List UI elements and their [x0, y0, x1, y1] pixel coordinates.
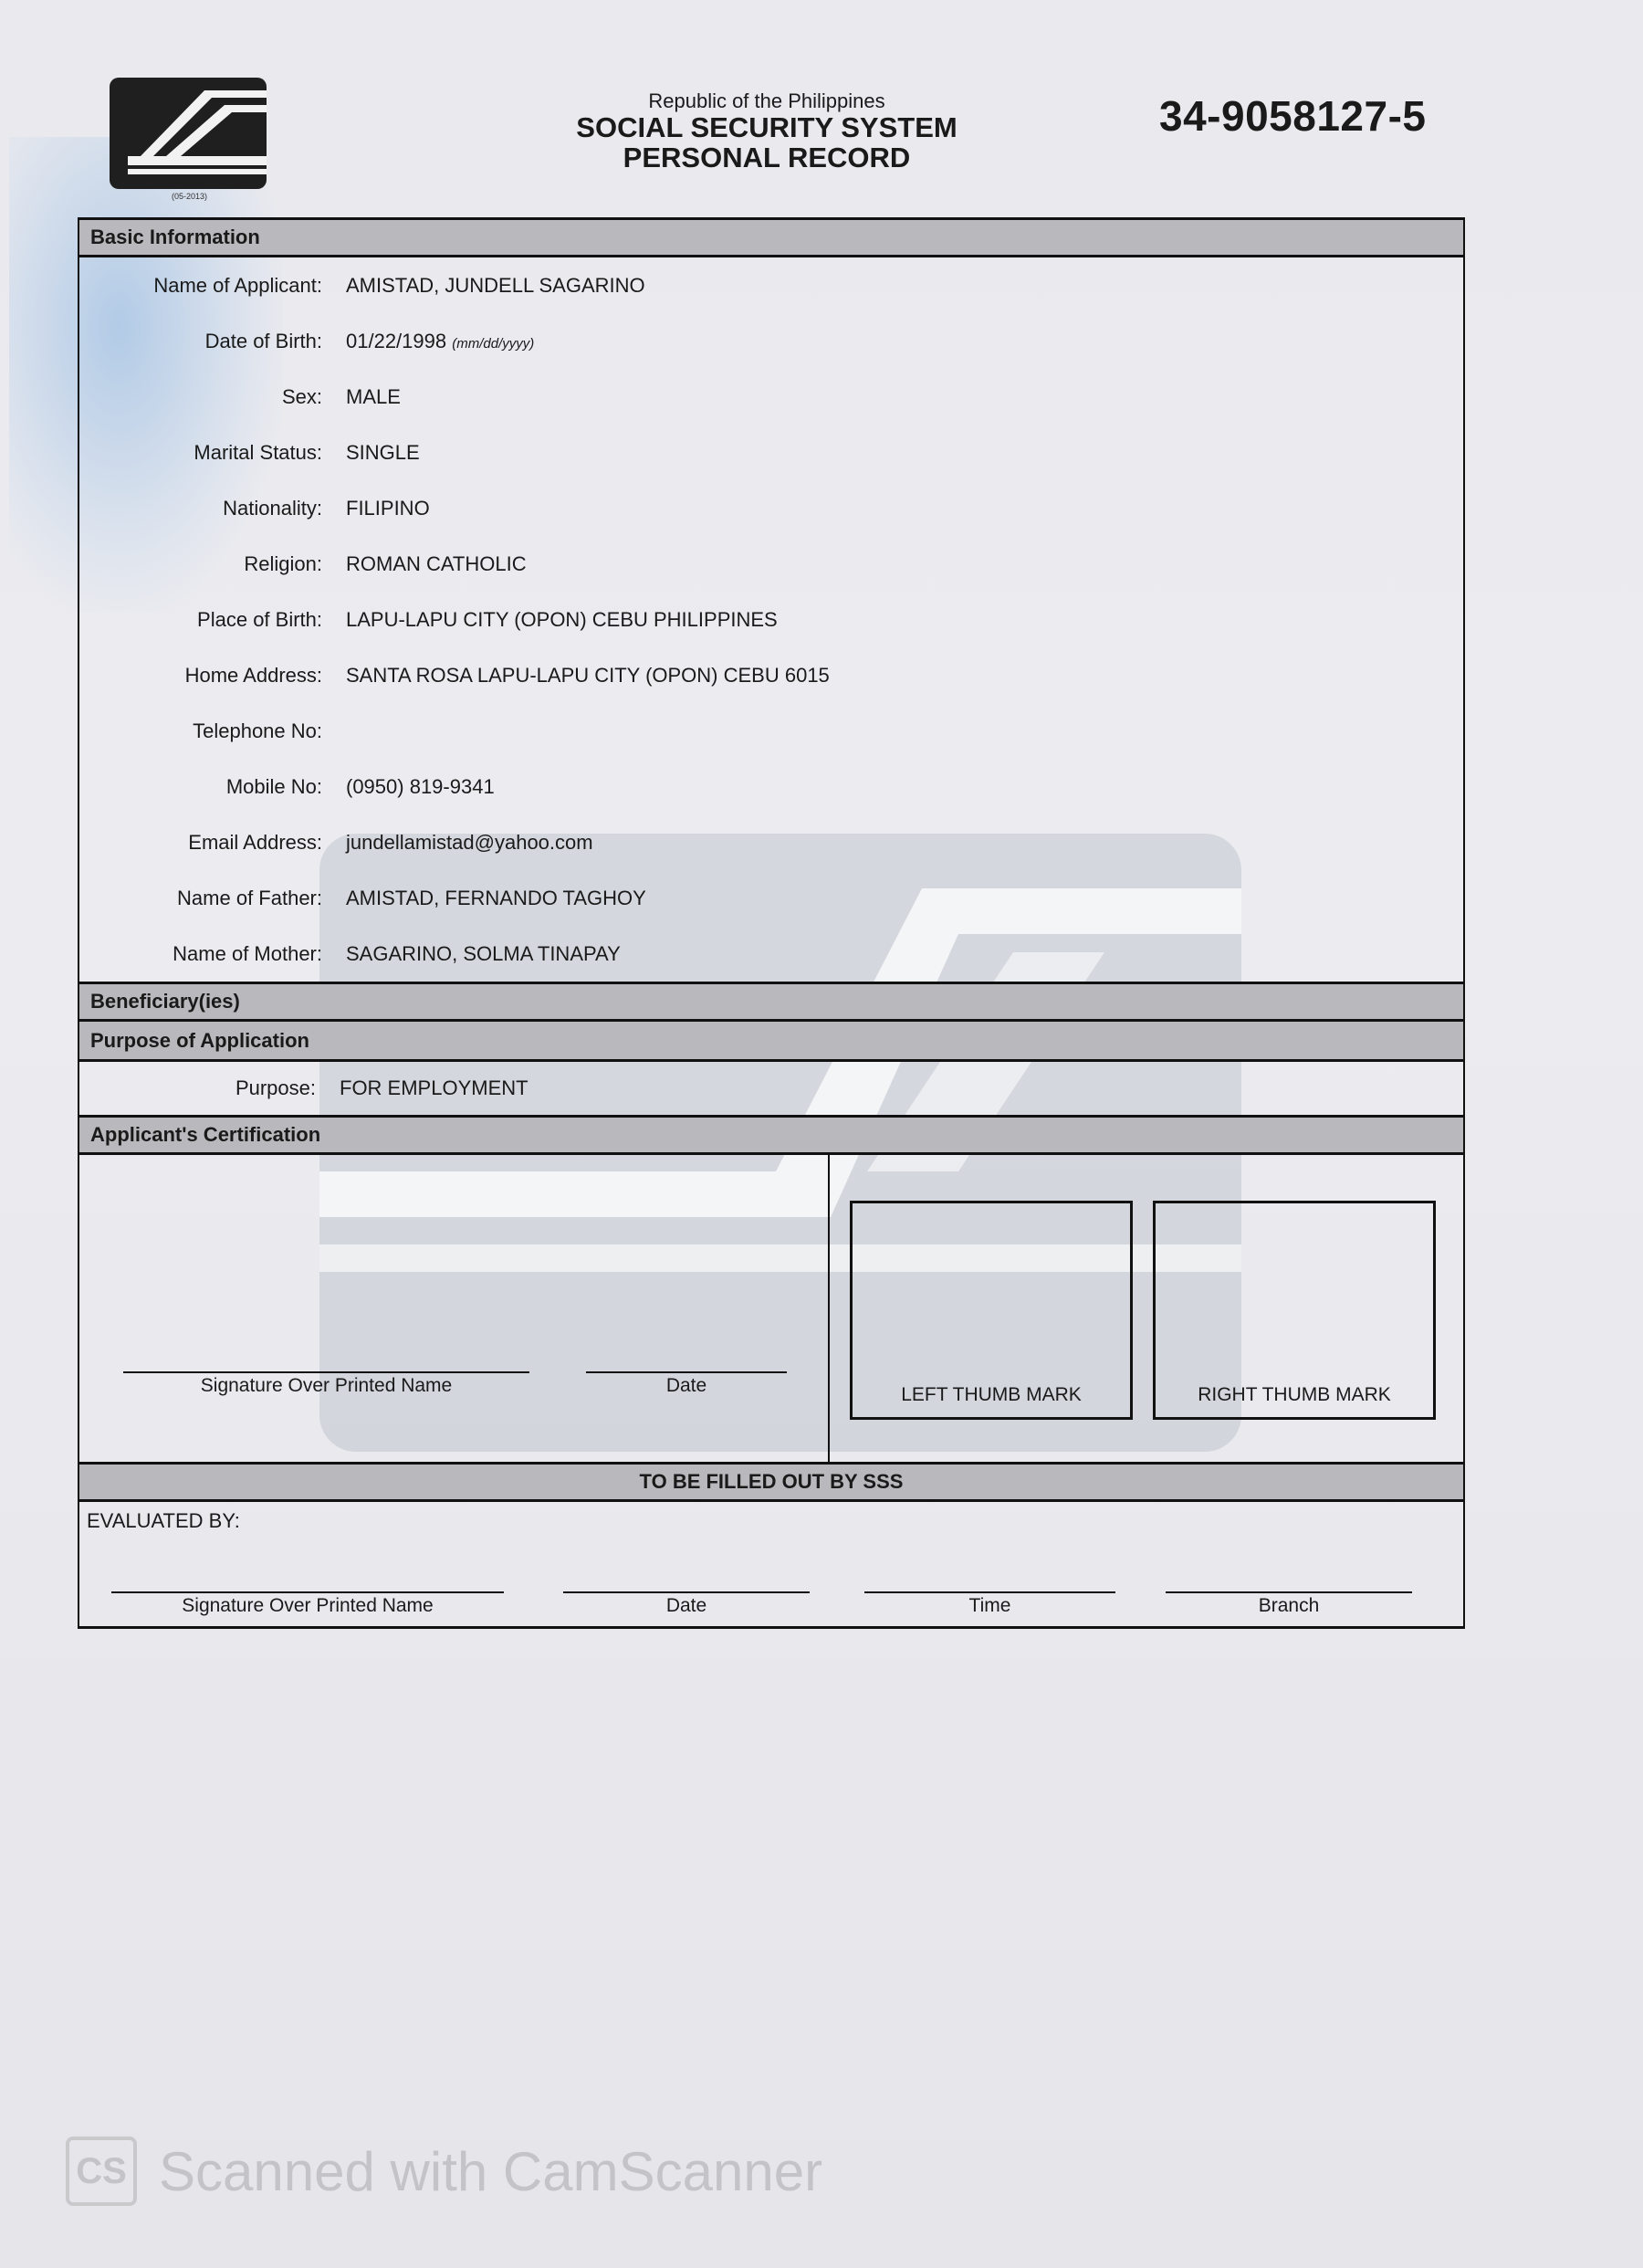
field-place-of-birth: Place of Birth: LAPU-LAPU CITY (OPON) CE… [79, 592, 1463, 647]
field-sex: Sex: MALE [79, 369, 1463, 425]
logo-revision: (05-2013) [172, 192, 207, 201]
republic-label: Republic of the Philippines [548, 89, 986, 113]
section-purpose-of-application: Purpose of Application [78, 1022, 1465, 1062]
section-to-be-filled-by-sss: TO BE FILLED OUT BY SSS [78, 1462, 1465, 1502]
sss-logo [110, 78, 267, 189]
field-name-of-mother: Name of Mother: SAGARINO, SOLMA TINAPAY [79, 926, 1463, 982]
field-purpose: Purpose: FOR EMPLOYMENT [79, 1062, 1463, 1115]
applicant-date-line[interactable]: Date [586, 1371, 787, 1397]
field-telephone-no: Telephone No: [79, 703, 1463, 759]
agency-title: SOCIAL SECURITY SYSTEM [511, 111, 1022, 144]
basic-information-fields: Name of Applicant: AMISTAD, JUNDELL SAGA… [78, 257, 1465, 982]
field-mobile-no: Mobile No: (0950) 819-9341 [79, 759, 1463, 814]
purpose-fields: Purpose: FOR EMPLOYMENT [78, 1062, 1465, 1115]
certification-area: Signature Over Printed Name Date LEFT TH… [78, 1155, 1465, 1462]
section-applicants-certification: Applicant's Certification [78, 1115, 1465, 1155]
camscanner-watermark: CS Scanned with CamScanner [66, 2137, 822, 2206]
field-religion: Religion: ROMAN CATHOLIC [79, 536, 1463, 592]
field-home-address: Home Address: SANTA ROSA LAPU-LAPU CITY … [79, 647, 1463, 703]
date-format-hint: (mm/dd/yyyy) [452, 336, 534, 352]
field-date-of-birth: Date of Birth: 01/22/1998 (mm/dd/yyyy) [79, 313, 1463, 369]
right-thumb-mark-box[interactable]: RIGHT THUMB MARK [1153, 1201, 1436, 1420]
evaluation-time-line[interactable]: Time [864, 1591, 1115, 1617]
sss-logo-icon [110, 78, 267, 189]
evaluation-date-line[interactable]: Date [563, 1591, 810, 1617]
applicant-signature-line[interactable]: Signature Over Printed Name [123, 1371, 529, 1397]
field-name-of-applicant: Name of Applicant: AMISTAD, JUNDELL SAGA… [79, 257, 1463, 313]
field-marital-status: Marital Status: SINGLE [79, 425, 1463, 480]
camscanner-icon: CS [66, 2137, 137, 2206]
personal-record-form: Basic Information Name of Applicant: AMI… [78, 217, 1465, 1629]
ss-number: 34-9058127-5 [1159, 91, 1426, 141]
field-name-of-father: Name of Father: AMISTAD, FERNANDO TAGHOY [79, 870, 1463, 926]
section-basic-information: Basic Information [78, 217, 1465, 257]
field-nationality: Nationality: FILIPINO [79, 480, 1463, 536]
evaluation-branch-line[interactable]: Branch [1166, 1591, 1412, 1617]
section-beneficiaries: Beneficiary(ies) [78, 982, 1465, 1022]
sss-evaluation-area: EVALUATED BY: Signature Over Printed Nam… [78, 1502, 1465, 1629]
evaluated-by-label: EVALUATED BY: [87, 1509, 240, 1533]
field-email-address: Email Address: jundellamistad@yahoo.com [79, 814, 1463, 870]
evaluator-signature-line[interactable]: Signature Over Printed Name [111, 1591, 504, 1617]
camscanner-text: Scanned with CamScanner [159, 2140, 822, 2203]
document-title: PERSONAL RECORD [511, 142, 1022, 174]
left-thumb-mark-box[interactable]: LEFT THUMB MARK [850, 1201, 1133, 1420]
